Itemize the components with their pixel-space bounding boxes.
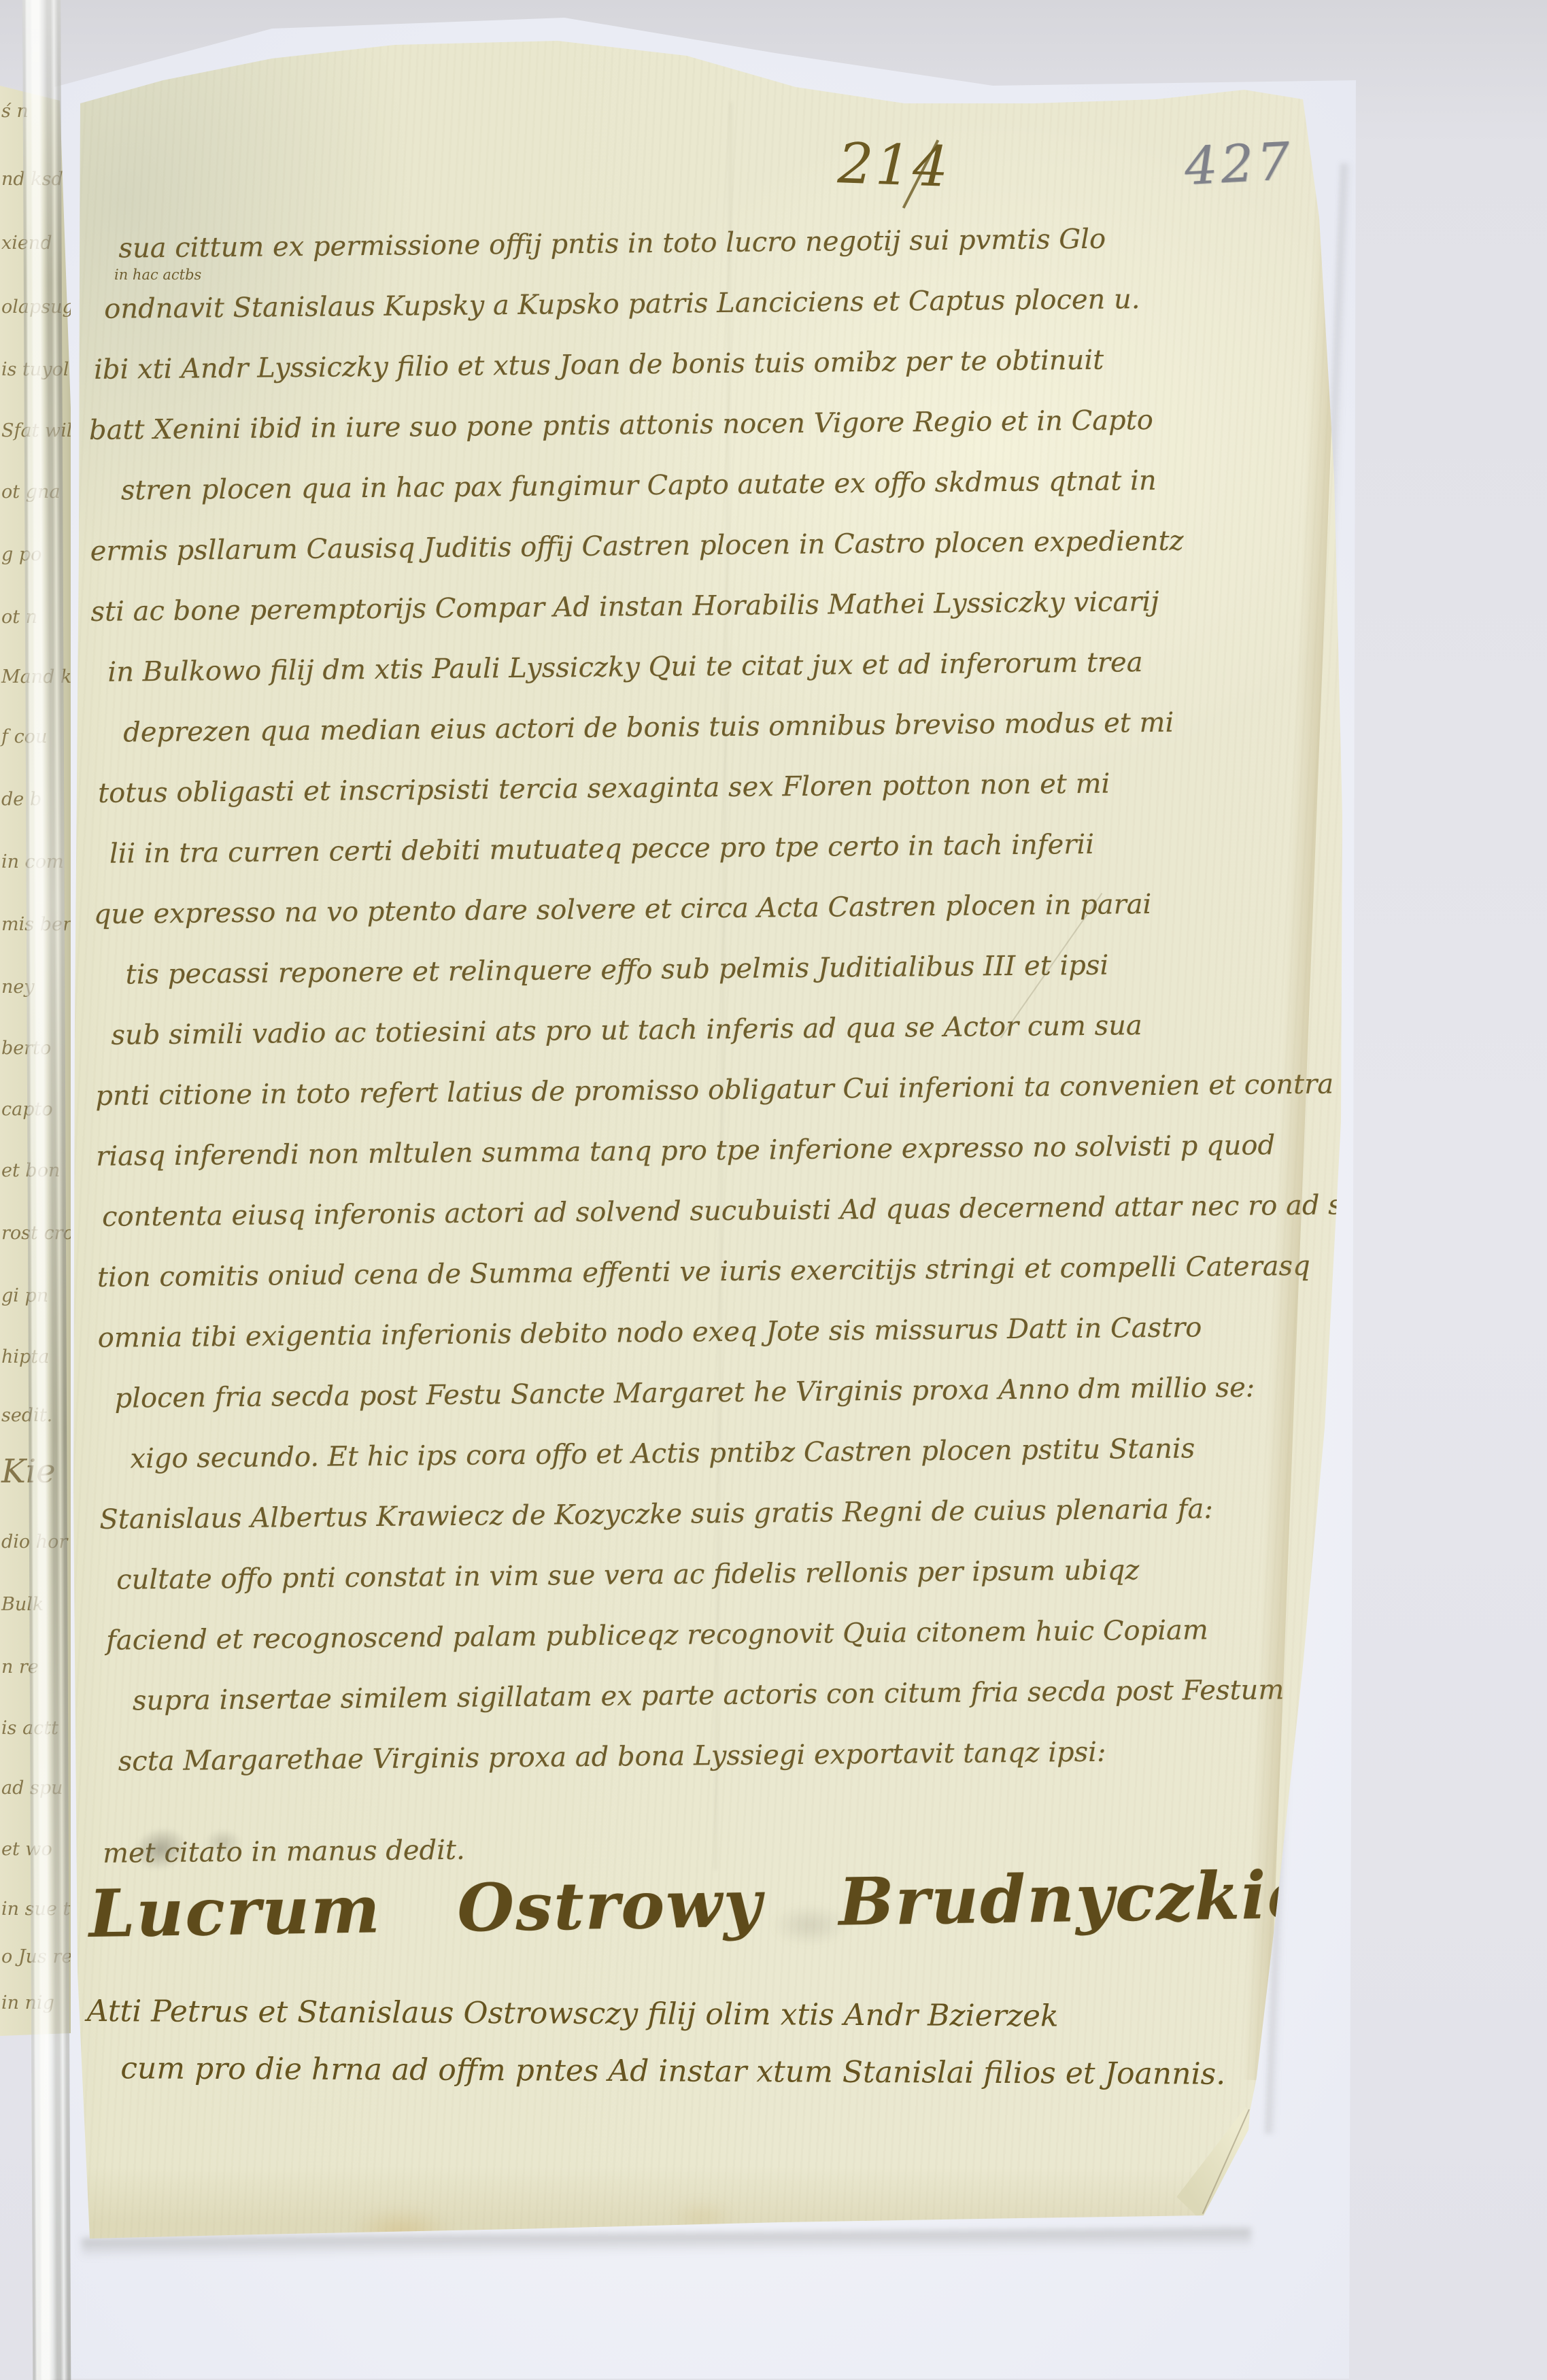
body-line: ibi xti Andr Lyssiczky filio et xtus Joa… <box>88 328 1308 401</box>
body-line: contenta eiusq inferonis actori ad solve… <box>97 1176 1316 1248</box>
ink-folio-number: 214 <box>836 131 951 200</box>
body-line: sub simili vadio ac totiesini ats pro ut… <box>95 994 1314 1066</box>
body-line: in Bulkowo filij dm xtis Pauli Lyssiczky… <box>91 631 1310 703</box>
heading-word: Ostrowy <box>457 1865 764 1946</box>
body-line: Stanislaus Albertus Krawiecz de Kozyczke… <box>99 1478 1319 1550</box>
manuscript-photo: ś nnd ksdxiendolapsugis tuyolSfat wilot … <box>0 0 1547 2380</box>
entry-line: Atti Petrus et Stanislaus Ostrowsczy fil… <box>87 1983 1226 2046</box>
ink-blot <box>204 1829 242 1856</box>
body-line: stren plocen qua in hac pax fungimur Cap… <box>89 449 1308 522</box>
body-line: riasq inferendi non mltulen summa tanq p… <box>96 1115 1315 1187</box>
body-line: plocen fria secda post Festu Sancte Marg… <box>98 1357 1317 1429</box>
entry-lines: Atti Petrus et Stanislaus Ostrowsczy fil… <box>86 1983 1226 2103</box>
body-line: que expresso na vo ptento dare solvere e… <box>93 873 1312 945</box>
body-line: omnia tibi exigentia inferionis debito n… <box>97 1297 1316 1369</box>
ink-blot <box>772 1905 848 1945</box>
body-line: totus obligasti et inscripsisti tercia s… <box>92 752 1312 824</box>
body-line: supra insertae similem sigillatam ex par… <box>101 1660 1321 1732</box>
body-line: faciend et recognoscend palam publiceqz … <box>101 1599 1320 1671</box>
body-line: cultate offo pnti constat in vim sue ver… <box>100 1539 1319 1611</box>
entry-line: cum pro die hrna ad offm pntes Ad instar… <box>120 2040 1225 2103</box>
body-line: tis pecassi reponere et relinquere effo … <box>94 934 1313 1006</box>
body-line: pnti citione in toto refert latius de pr… <box>95 1055 1314 1127</box>
body-line: lii in tra curren certi debiti mutuateq … <box>93 813 1312 885</box>
body-line: batt Xenini ibid in iure suo pone pntis … <box>89 389 1308 461</box>
body-line: ondnavit Stanislaus Kupsky a Kupsko patr… <box>88 268 1307 340</box>
body-line: deprezen qua median eius actori de bonis… <box>92 692 1311 764</box>
heading-word: Brudnyczkie <box>838 1856 1311 1941</box>
body-line: scta Margarethae Virginis proxa ad bona … <box>101 1720 1321 1792</box>
body-line: sti ac bone peremptorijs Compar Ad insta… <box>90 571 1310 643</box>
body-line: tion comitis oniud cena de Summa effenti… <box>97 1236 1316 1308</box>
pencil-folio-number: 427 <box>1183 131 1295 197</box>
body-line: sua cittum ex permissione offij pntis in… <box>87 207 1306 279</box>
body-line: ermis psllarum Causisq Juditis offij Cas… <box>90 510 1309 582</box>
heading-word: Lucrum <box>88 1871 381 1952</box>
body-text: sua cittum ex permissione offij pntis in… <box>87 207 1321 1884</box>
body-line: xigo secundo. Et hic ips cora offo et Ac… <box>99 1418 1318 1490</box>
